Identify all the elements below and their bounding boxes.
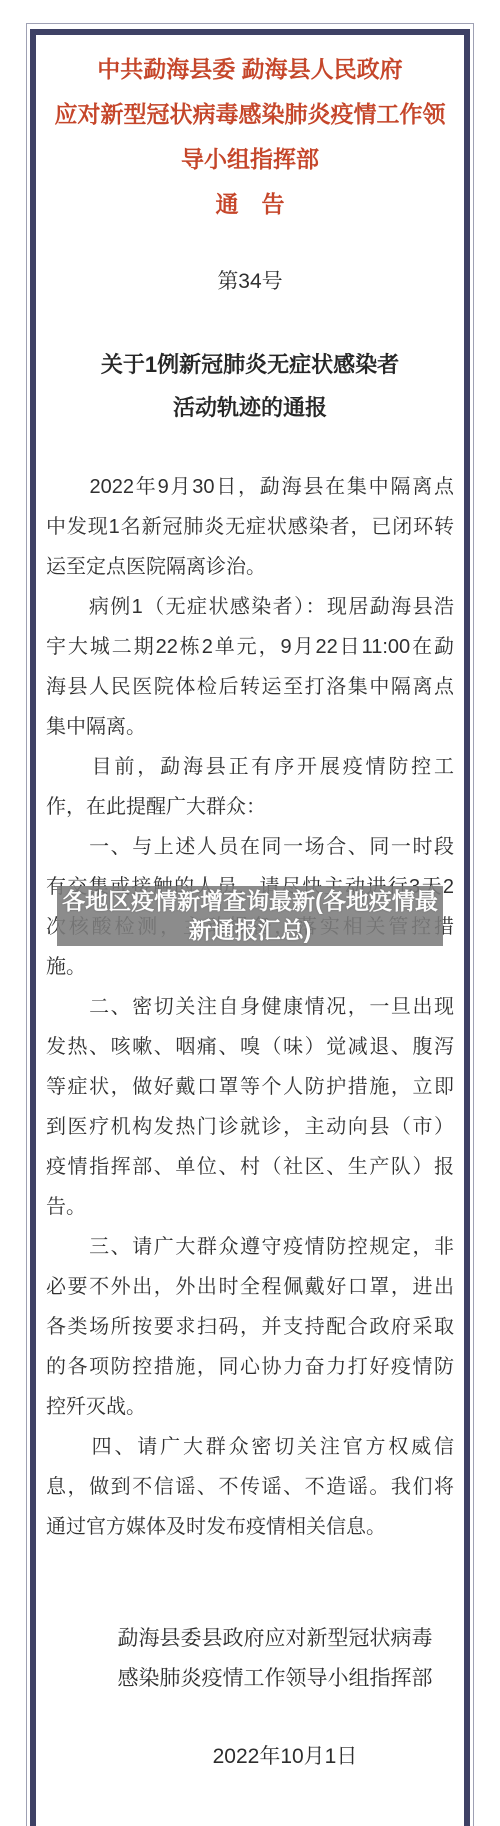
caption-line-2: 新通报汇总) <box>189 916 312 945</box>
body-line: 到医疗机构发热门诊就诊，主动向县（市） <box>46 1107 454 1147</box>
title-line: 应对新型冠状病毒感染肺炎疫情工作领 <box>36 92 464 137</box>
body-line: 病例1（无症状感染者）：现居勐海县浩 <box>46 587 454 627</box>
title-line: 通 告 <box>36 182 464 227</box>
body-line: 运至定点医院隔离诊治。 <box>46 547 454 587</box>
title-line: 导小组指挥部 <box>36 137 464 182</box>
body-line: 中发现1名新冠肺炎无症状感染者，已闭环转 <box>46 507 454 547</box>
document-title-block: 中共勐海县委 勐海县人民政府应对新型冠状病毒感染肺炎疫情工作领导小组指挥部通 告 <box>36 47 464 227</box>
body-line: 海县人民医院体检后转运至打洛集中隔离点 <box>46 667 454 707</box>
body-line: 目前，勐海县正有序开展疫情防控工 <box>46 747 454 787</box>
body-line: 告。 <box>46 1187 454 1227</box>
body-line: 集中隔离。 <box>46 707 454 747</box>
body-line: 疫情指挥部、单位、村（社区、生产队）报 <box>46 1147 454 1187</box>
body-line: 控歼灭战。 <box>46 1387 454 1427</box>
body-line: 二、密切关注自身健康情况，一旦出现 <box>46 987 454 1027</box>
document-body: 2022年9月30日，勐海县在集中隔离点中发现1名新冠肺炎无症状感染者，已闭环转… <box>36 467 464 1547</box>
body-line: 2022年9月30日，勐海县在集中隔离点 <box>46 467 454 507</box>
caption-line-1: 各地区疫情新增查询最新(各地疫情最 <box>62 887 438 916</box>
signature-line: 勐海县委县政府应对新型冠状病毒 <box>61 1619 489 1659</box>
body-line: 发热、咳嗽、咽痛、嗅（味）觉减退、腹泻 <box>46 1027 454 1067</box>
body-line: 三、请广大群众遵守疫情防控规定，非 <box>46 1227 454 1267</box>
body-line: 施。 <box>46 947 454 987</box>
document-signature-block: 勐海县委县政府应对新型冠状病毒感染肺炎疫情工作领导小组指挥部 <box>61 1619 489 1699</box>
body-line: 必要不外出，外出时全程佩戴好口罩，进出 <box>46 1267 454 1307</box>
body-line: 作，在此提醒广大群众： <box>46 787 454 827</box>
body-line: 各类场所按要求扫码，并支持配合政府采取 <box>46 1307 454 1347</box>
body-line: 四、请广大群众密切关注官方权威信 <box>46 1427 454 1467</box>
body-line: 等症状，做好戴口罩等个人防护措施，立即 <box>46 1067 454 1107</box>
body-line: 的各项防控措施，同心协力奋力打好疫情防 <box>46 1347 454 1387</box>
title-line: 中共勐海县委 勐海县人民政府 <box>36 47 464 92</box>
heading-line: 活动轨迹的通报 <box>36 386 464 429</box>
notice-screenshot-root: 中共勐海县委 勐海县人民政府应对新型冠状病毒感染肺炎疫情工作领导小组指挥部通 告… <box>0 0 500 1826</box>
document-date: 2022年10月1日 <box>71 1737 499 1777</box>
body-line: 宇大城二期22栋2单元，9月22日11:00在勐 <box>46 627 454 667</box>
signature-line: 感染肺炎疫情工作领导小组指挥部 <box>61 1659 489 1699</box>
heading-line: 关于1例新冠肺炎无症状感染者 <box>36 343 464 386</box>
document-heading-block: 关于1例新冠肺炎无症状感染者活动轨迹的通报 <box>36 343 464 429</box>
caption-overlay-banner: 各地区疫情新增查询最新(各地疫情最 新通报汇总) <box>57 886 443 946</box>
document-number: 第34号 <box>36 267 464 297</box>
body-line: 息，做到不信谣、不传谣、不造谣。我们将 <box>46 1467 454 1507</box>
body-line: 通过官方媒体及时发布疫情相关信息。 <box>46 1507 454 1547</box>
body-line: 一、与上述人员在同一场合、同一时段 <box>46 827 454 867</box>
